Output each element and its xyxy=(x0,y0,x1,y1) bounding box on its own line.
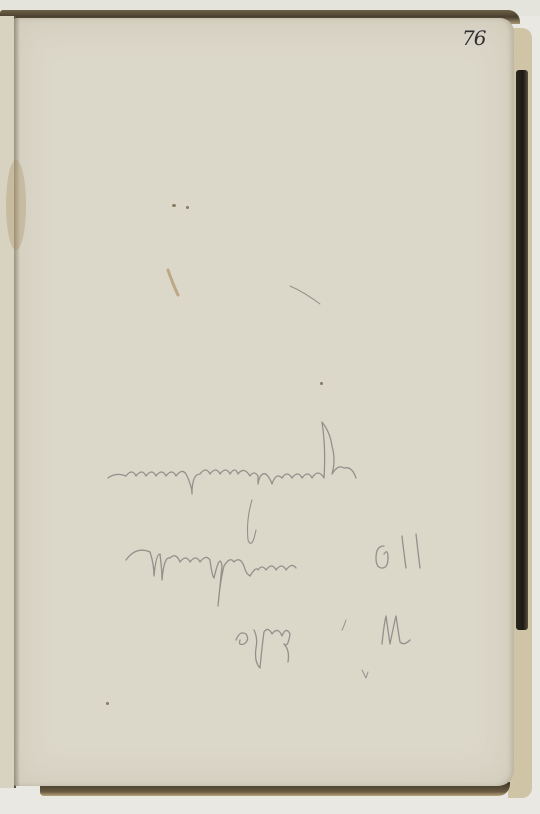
handwriting-line-3 xyxy=(236,629,290,668)
handwriting-numeral-1b xyxy=(416,534,420,568)
stray-stroke xyxy=(290,286,320,304)
stain-stroke xyxy=(168,270,178,295)
handwriting-line-1 xyxy=(108,422,356,494)
handwriting-comma xyxy=(342,620,346,630)
handwriting-numeral-1a xyxy=(402,536,406,568)
handwriting-line-2 xyxy=(126,550,296,606)
handwriting-layer xyxy=(0,0,540,814)
handwriting-word-m xyxy=(382,616,410,644)
handwriting-numeral-6 xyxy=(376,546,388,568)
